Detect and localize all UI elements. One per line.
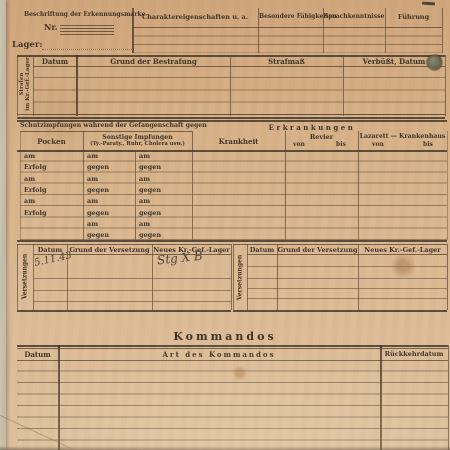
punishments-side-label: Strafen im Kr.-Gef.-Lager: [19, 54, 31, 114]
vacc-cell: Erfolg: [24, 186, 47, 194]
punishments-header-underline: [33, 66, 445, 67]
kommandos-header-underline: [17, 360, 448, 361]
vacc-cell: am: [139, 197, 150, 205]
transfers-right-outer-border: [233, 244, 234, 310]
vaccinations-subheader-underline: [17, 150, 447, 152]
illnesses-title: Erkrankungen: [192, 123, 432, 132]
transfers-right-top: [233, 244, 447, 245]
nr-label: Nr.: [44, 22, 58, 32]
vaccinations-row-lines: [20, 150, 447, 240]
kommandos-return-header: Rückkehrdatum: [380, 350, 448, 358]
scanned-pow-record-form: Beschriftung der Erkennungsmarke Nr. Lag…: [0, 0, 450, 450]
punishments-divider: [343, 55, 344, 116]
vacc-cell: am: [87, 197, 98, 205]
scanner-edge-left: [0, 0, 6, 450]
edge-mark: [422, 2, 435, 6]
vaccinations-left-border: [20, 131, 21, 240]
kommandos-right-border: [448, 345, 449, 450]
transfers-right-date-header: Datum: [247, 246, 277, 254]
punishments-divider: [76, 55, 78, 116]
illness-divider: [358, 131, 359, 240]
illness-divider: [192, 131, 193, 240]
transfers-left-top: [17, 244, 231, 245]
vacc-cell: gegen: [139, 163, 161, 171]
vaccinations-bottom-border: [17, 240, 447, 242]
vacc-cell: am: [139, 220, 150, 228]
vacc-cell: Erfolg: [24, 209, 47, 217]
punishment-date-header: Datum: [33, 57, 77, 66]
vacc-cell: am: [24, 152, 35, 160]
punishments-bottom-line: [17, 114, 445, 115]
revier-from-label: von: [293, 141, 305, 148]
vacc-cell: am: [87, 220, 98, 228]
transfers-right-side-label: Versetzungen: [237, 248, 244, 308]
punishments-right-border: [445, 55, 446, 116]
id-block-title: Beschriftung der Erkennungsmarke: [24, 11, 136, 18]
kommandos-empty-rows: [17, 360, 448, 450]
vaccinations-divider: [83, 131, 84, 240]
traits-col-header: Charaktereigenschaften u. a.: [134, 13, 256, 21]
kommandos-date-header: Datum: [17, 350, 58, 359]
vacc-cell: Erfolg: [24, 163, 47, 171]
punishments-bottom-border: [17, 117, 445, 119]
kommandos-top-border-inner: [17, 348, 448, 349]
traits-empty-rows: [132, 28, 442, 53]
revier-col-header: Revier: [285, 133, 358, 141]
transfers-left-reason-header: Grund der Versetzung: [67, 246, 152, 254]
transfers-left-outer-border: [17, 244, 18, 310]
kommandos-title: Kommandos: [125, 330, 325, 343]
vaccinations-title: Schutzimpfungen während der Gefangenscha…: [20, 122, 192, 129]
kommandos-divider: [58, 345, 60, 450]
vacc-cell: am: [24, 175, 35, 183]
transfers-left-divider: [231, 244, 232, 310]
vacc-cell: am: [139, 175, 150, 183]
transfers-right-bottom-border: [233, 310, 447, 312]
transfers-right-newcamp-header: Neues Kr.-Gef.-Lager: [358, 246, 447, 254]
punishments-side-label-line2: im Kr.-Gef.-Lager: [25, 57, 31, 110]
punishment-reason-header: Grund der Bestrafung: [77, 57, 230, 66]
lazarett-col-header: Lazarett — Krankenhaus: [358, 133, 447, 140]
transfers-left-row-line: [33, 290, 231, 291]
transfers-left-row-line: [33, 301, 231, 302]
vacc-cell: gegen: [87, 186, 109, 194]
kommandos-type-header: Art des Kommandos: [58, 350, 380, 359]
languages-col-header: Sprachkenntnisse: [324, 13, 384, 20]
conduct-col-header: Führung: [386, 13, 441, 21]
transfers-left-side-label: Versetzungen: [22, 247, 29, 307]
vacc-cell: am: [24, 197, 35, 205]
transfers-right-divider: [358, 244, 359, 310]
transfers-right-reason-header: Grund der Versetzung: [277, 246, 358, 254]
paper-texture: [0, 0, 450, 450]
lager-label: Lager:: [12, 40, 42, 50]
kommandos-divider: [380, 345, 382, 450]
vacc-cell: gegen: [87, 231, 109, 239]
transfers-right-border: [447, 244, 448, 310]
traits-right-border: [442, 8, 443, 53]
punch-hole: [427, 55, 442, 70]
vaccinations-sub-divider: [135, 150, 136, 240]
punishment-sentence-header: Strafmaß: [230, 57, 343, 66]
revier-to-label: bis: [336, 141, 346, 148]
lazarett-from-label: von: [372, 141, 384, 148]
vacc-cell: gegen: [87, 163, 109, 171]
traits-header-underline: [132, 27, 442, 28]
paper-crease: [0, 412, 71, 449]
transfers-left-divider: [152, 244, 153, 310]
transfers-left-row-line: [33, 278, 231, 279]
vaccinations-title-underline: [20, 131, 192, 132]
illness-right-border: [447, 131, 448, 240]
other-vaccinations-header-line1: Sonstige Impfungen: [83, 134, 192, 141]
punishments-divider: [230, 55, 231, 116]
vacc-cell: gegen: [87, 209, 109, 217]
illness-divider: [285, 131, 286, 240]
kommandos-top-border: [17, 345, 448, 347]
scanner-edge-bottom: [0, 446, 450, 450]
transfers-right-divider: [277, 244, 278, 310]
punishments-empty-rows: [33, 66, 445, 115]
transfers-left-bottom-border: [17, 310, 231, 312]
vacc-cell: am: [87, 152, 98, 160]
vacc-cell: am: [139, 152, 150, 160]
skills-col-header: Besondere Fähigkeiten: [259, 13, 322, 20]
vacc-cell: gegen: [139, 209, 161, 217]
lager-fill-line: [42, 40, 134, 50]
nr-ruled-field: [60, 25, 114, 35]
vacc-cell: gegen: [139, 231, 161, 239]
lazarett-to-label: bis: [423, 141, 433, 148]
vacc-cell: gegen: [139, 186, 161, 194]
pocken-col-header: Pocken: [20, 137, 83, 146]
vacc-cell: am: [87, 175, 98, 183]
illness-col-header: Krankheit: [192, 137, 285, 146]
punishments-left-border: [17, 55, 18, 116]
other-vaccinations-header-line2: (Ty.-Paraty., Ruhr, Cholera usw.): [83, 141, 192, 147]
